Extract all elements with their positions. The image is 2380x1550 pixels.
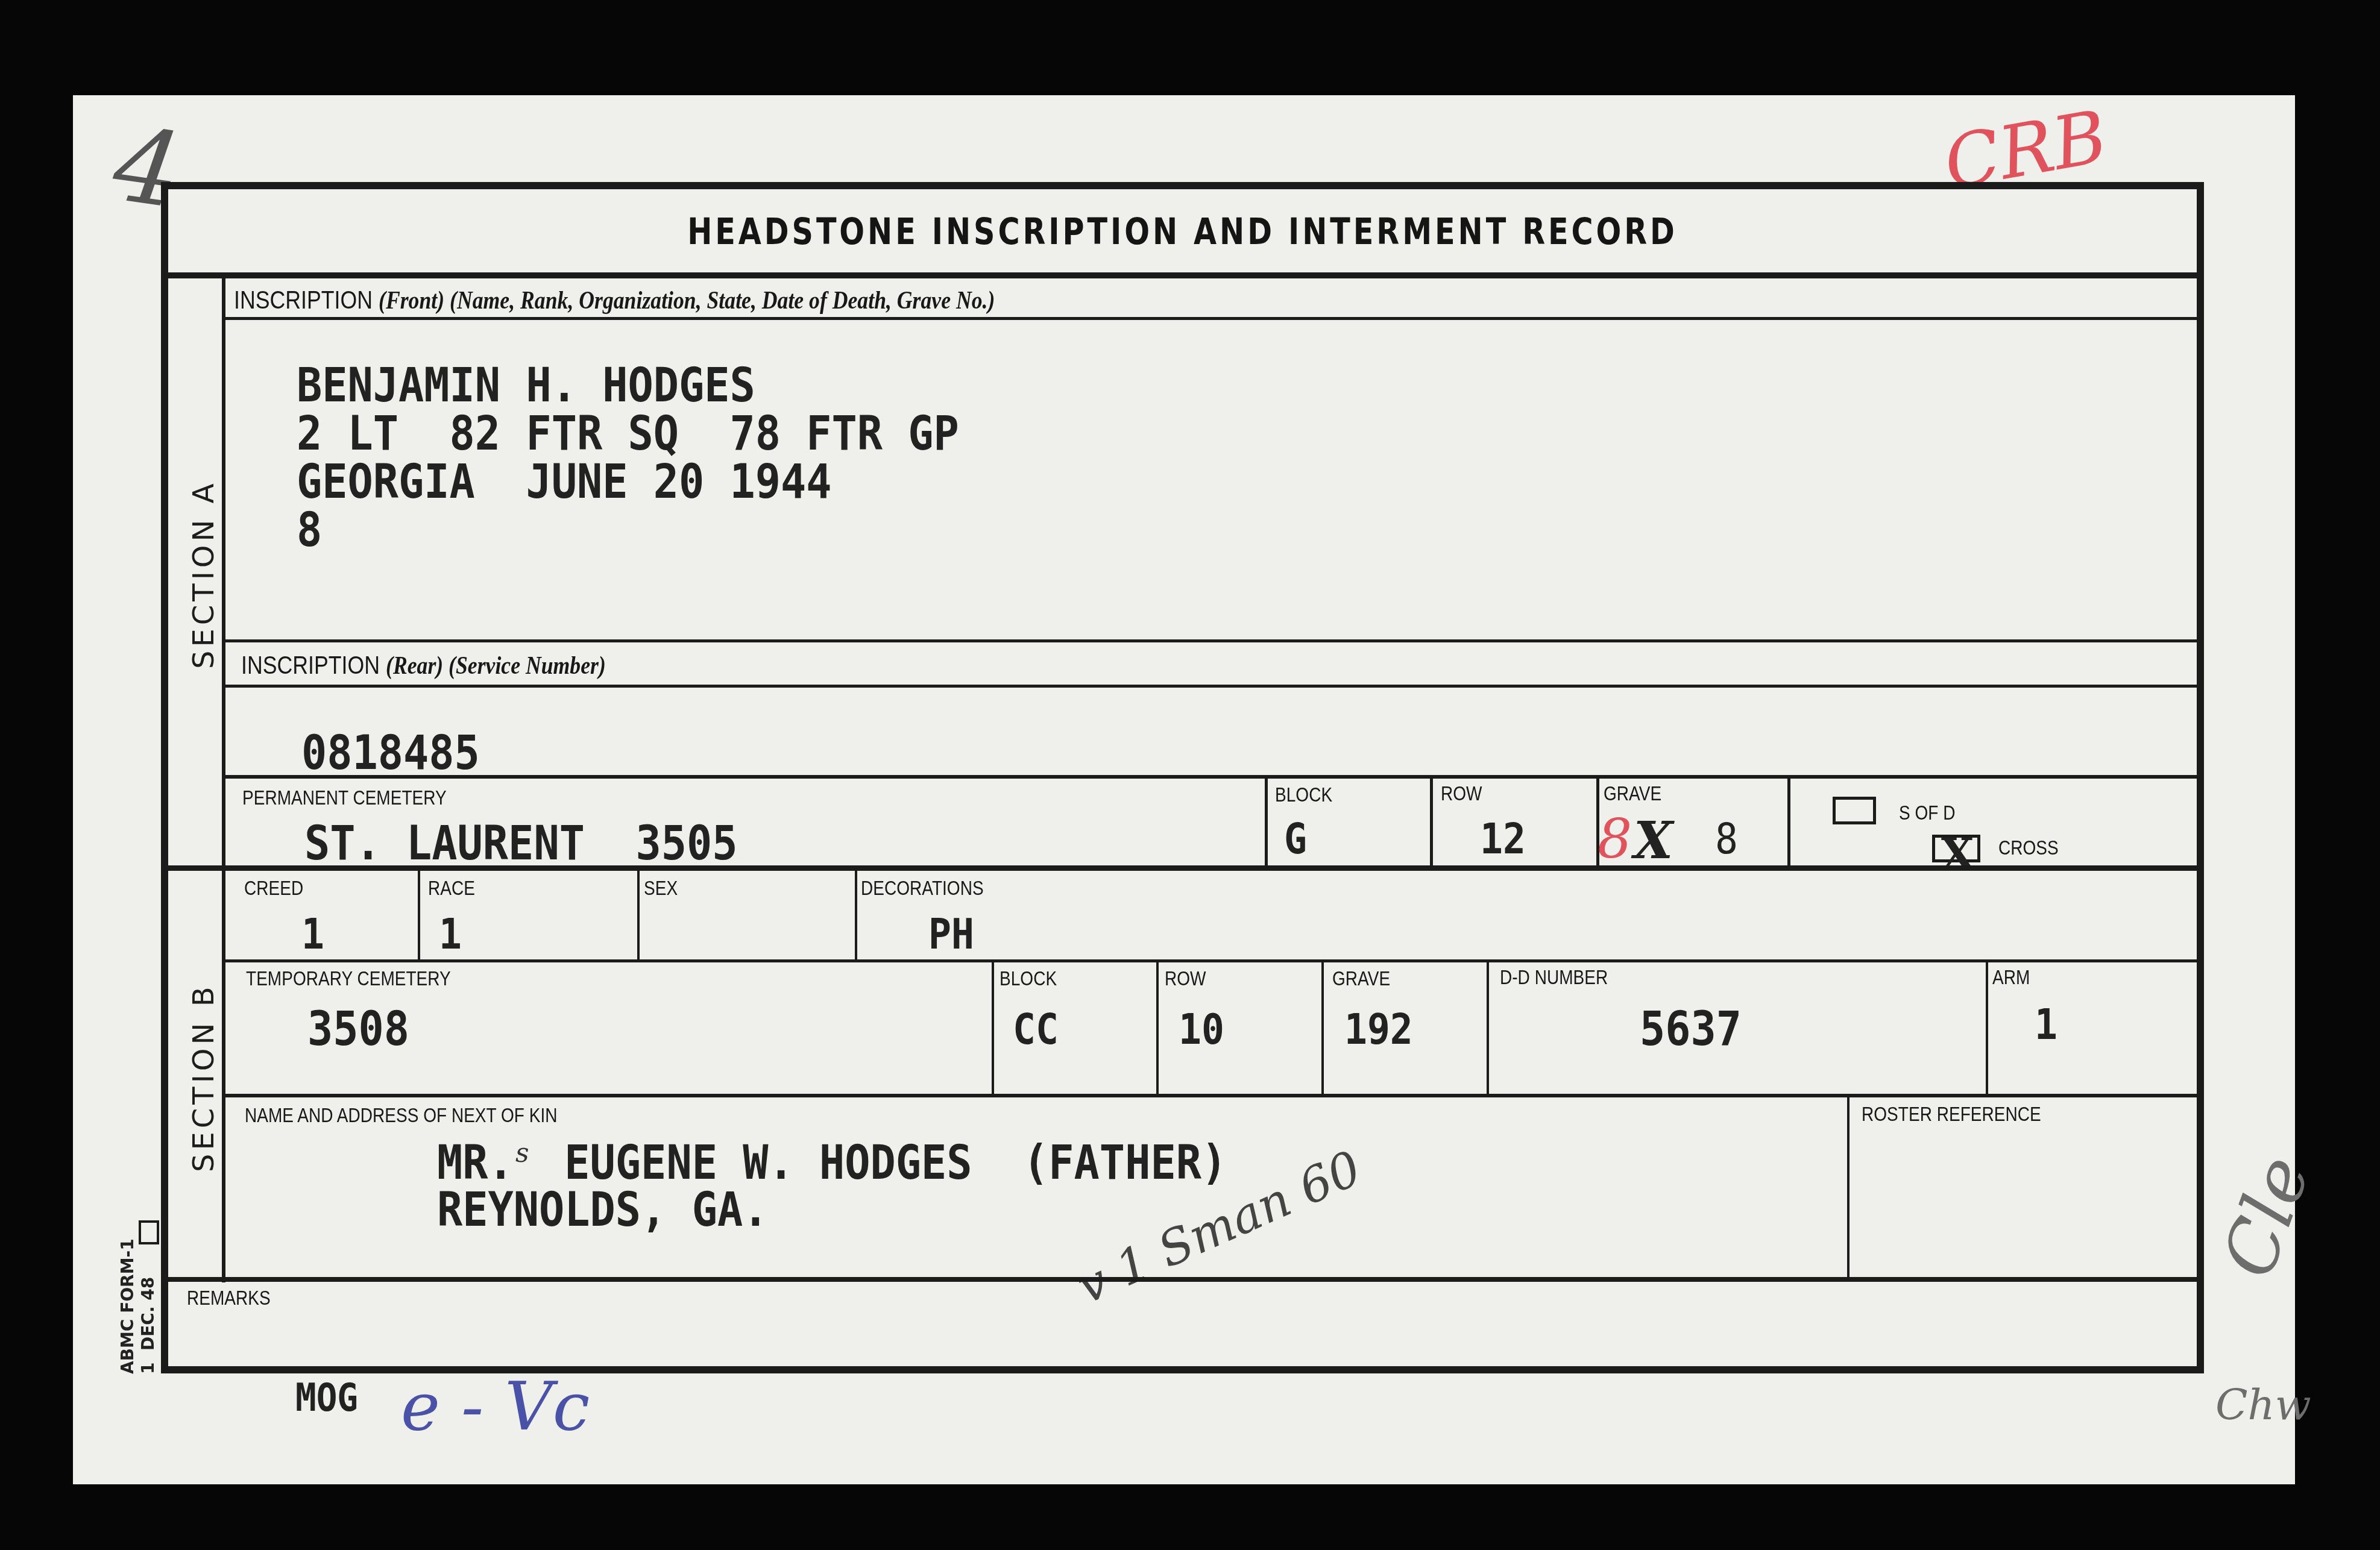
creed-value: 1 [301,910,324,958]
decorations-label: DECORATIONS [861,877,984,900]
divider-nok-roster [1847,1096,1850,1279]
pc-block-label: BLOCK [1275,783,1332,806]
divider-sex-decorations [855,868,857,961]
arm-label: ARM [1992,966,2030,989]
pc-grave-struck-red: 8 [1598,808,1632,871]
divider-tc-dd [1487,961,1489,1096]
sex-label: SEX [644,877,678,900]
divider-tc-grave [1321,961,1324,1096]
inscription-front-line-1: BENJAMIN H. HODGES [297,362,755,410]
divider-race-sex [637,868,640,961]
typed-mog: MOG [295,1374,358,1422]
race-label: RACE [428,877,475,900]
divider-front-body [225,639,2198,642]
pencil-initials-bottom-right: Chw [2215,1380,2311,1429]
divider-section-ab [161,865,2204,871]
next-of-kin-line-1: MR. EUGENE W. HODGES (FATHER) [437,1139,1227,1187]
next-of-kin-superscript: s [515,1138,529,1169]
dd-number-label: D-D NUMBER [1500,966,1608,989]
inscription-front-label: INSCRIPTION (Front) (Name, Rank, Organiz… [234,286,995,315]
divider-rear-header [225,685,2198,688]
divider-tc-block [992,961,994,1096]
inscription-front-line-4: 8 [297,506,322,554]
divider-nok-remarks [161,1277,2204,1282]
dd-number-value: 5637 [1640,1005,1742,1053]
form-title: HEADSTONE INSCRIPTION AND INTERMENT RECO… [345,211,2020,253]
tc-row-label: ROW [1165,967,1206,990]
temporary-cemetery-label: TEMPORARY CEMETERY [246,967,451,990]
temporary-cemetery-value: 3508 [307,1005,409,1053]
divider-tc-arm [1986,961,1988,1096]
cross-check-mark: X [1941,829,1974,879]
blue-ink-note: e - Vc [401,1368,590,1445]
permanent-cemetery-label: PERMANENT CEMETERY [242,786,447,809]
decorations-value: PH [928,910,974,958]
tc-block-value: CC [1013,1005,1059,1053]
tc-grave-label: GRAVE [1332,967,1390,990]
divider-section-column [222,276,225,1282]
inscription-front-line-2: 2 LT 82 FTR SQ 78 FTR GP [297,410,959,458]
divider-creed-race [418,868,420,961]
next-of-kin-label: NAME AND ADDRESS OF NEXT OF KIN [245,1104,558,1127]
section-b-label: SECTION B [187,983,221,1172]
cross-label: CROSS [1998,836,2059,859]
pc-grave-value: 8 [1715,815,1738,863]
pc-row-value: 12 [1480,815,1526,863]
divider-tc-row-bottom [225,1094,2204,1097]
s-of-d-label: S OF D [1899,802,1956,824]
pc-grave-label: GRAVE [1604,782,1661,805]
service-number: 0818485 [301,729,480,777]
inscription-rear-label: INSCRIPTION (Rear) (Service Number) [241,651,606,680]
next-of-kin-line-2: REYNOLDS, GA. [437,1186,768,1234]
inscription-front-line-3: GEORGIA JUNE 20 1944 [297,458,832,506]
pc-row-label: ROW [1441,782,1482,805]
form-id-checkbox [139,1220,159,1244]
tc-grave-value: 192 [1344,1005,1413,1053]
section-a-label: SECTION A [187,480,221,669]
form-id: ABMC FORM-1 1 DEC. 48 [118,1238,159,1374]
divider-pc-block [1265,777,1268,868]
divider-tc-row [1156,961,1159,1096]
pc-grave-struck-black: X [1634,811,1673,870]
divider-rear-body [225,775,2198,779]
creed-label: CREED [244,877,303,900]
pc-block-value: G [1284,815,1307,863]
checkbox-s-of-d[interactable] [1833,797,1876,824]
divider-creed-row [225,959,2198,962]
arm-value: 1 [2035,1000,2057,1049]
roster-reference-label: ROSTER REFERENCE [1862,1103,2041,1126]
divider-pc-marker [1787,777,1790,868]
tc-row-value: 10 [1179,1005,1224,1053]
tc-block-label: BLOCK [1000,967,1057,990]
divider-pc-row [1430,777,1433,868]
divider-front-header [225,317,2198,320]
permanent-cemetery-value: ST. LAURENT 3505 [304,820,737,868]
race-value: 1 [439,910,462,958]
remarks-label: REMARKS [187,1287,271,1310]
divider-title [161,272,2204,278]
